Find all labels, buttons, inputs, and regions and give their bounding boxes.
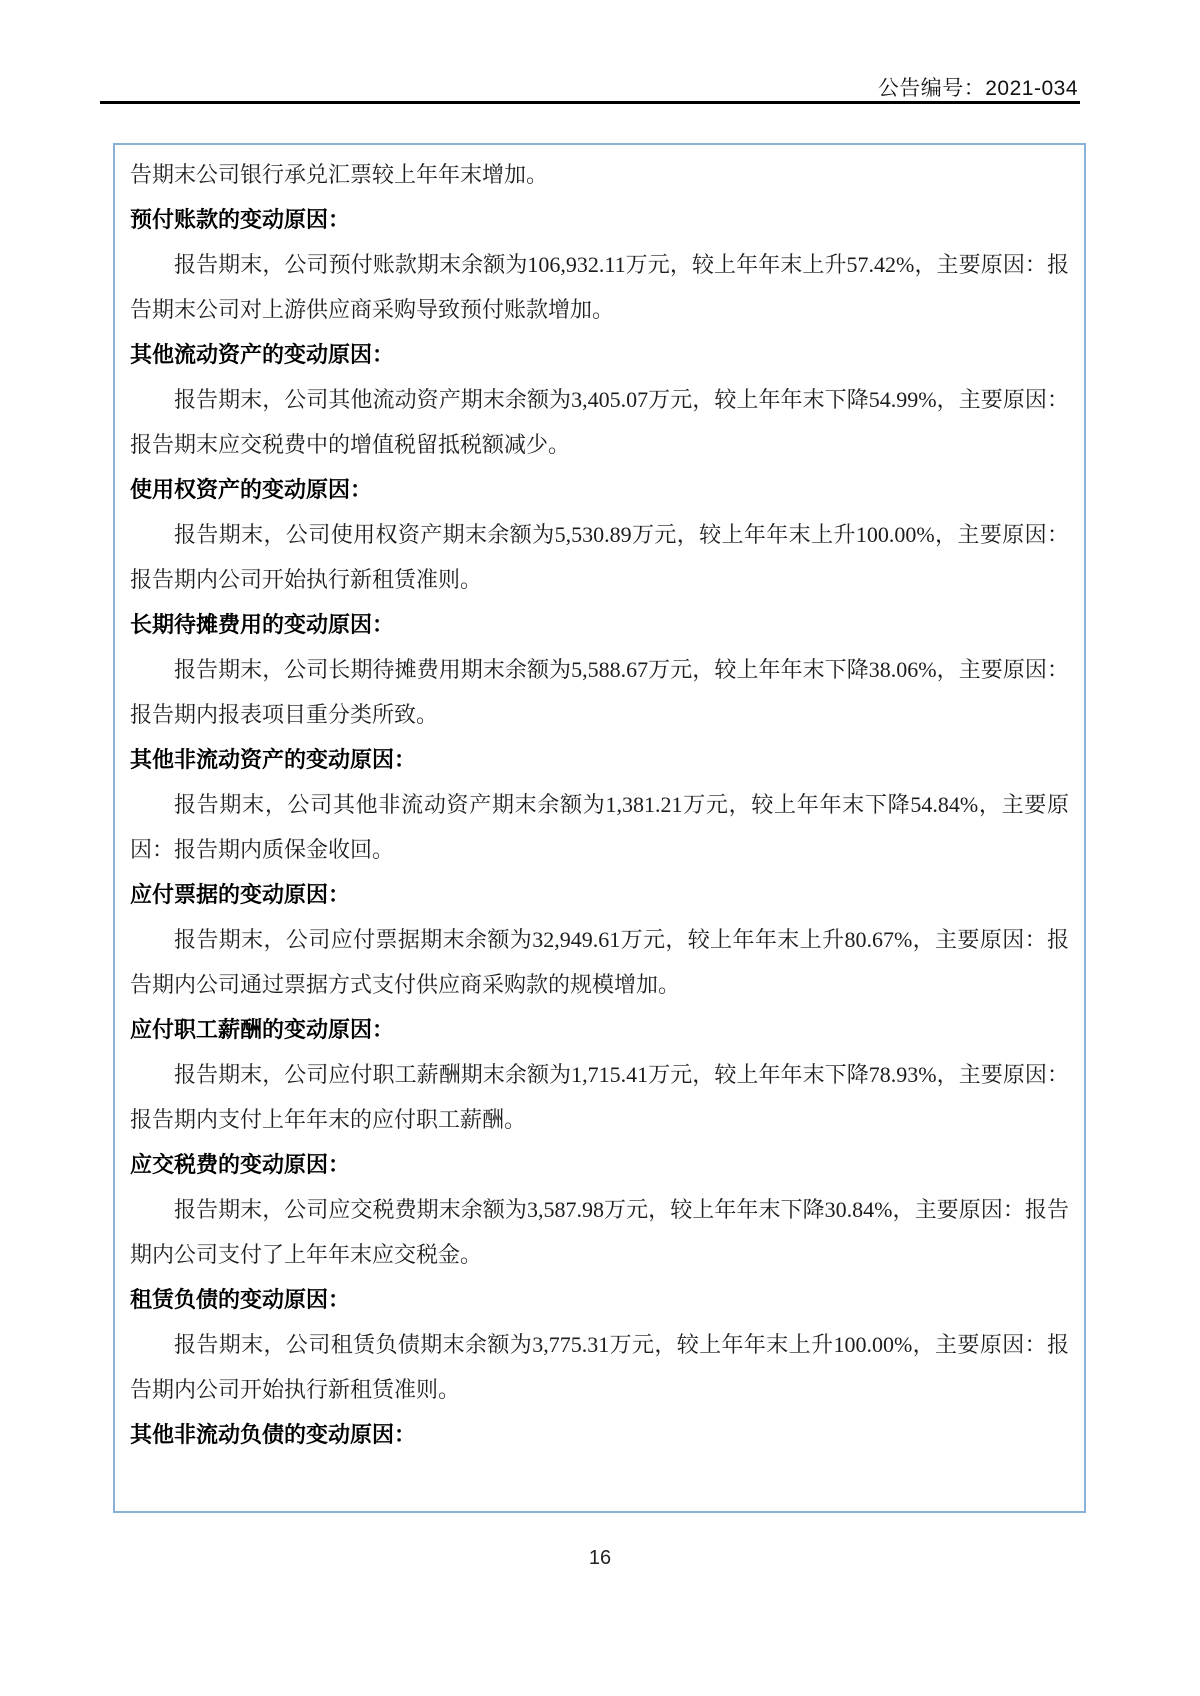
section-other-non-current-assets: 其他非流动资产的变动原因： 报告期末，公司其他非流动资产期末余额为1,381.2… [130,737,1069,872]
section-heading: 预付账款的变动原因： [130,197,1069,242]
section-heading: 长期待摊费用的变动原因： [130,602,1069,647]
page-number: 16 [0,1547,1200,1570]
carryover-text: 告期末公司银行承兑汇票较上年年末增加。 [130,152,1069,197]
section-long-term-deferred-expenses: 长期待摊费用的变动原因： 报告期末，公司长期待摊费用期末余额为5,588.67万… [130,602,1069,737]
section-other-non-current-liabilities: 其他非流动负债的变动原因： [130,1412,1069,1457]
section-heading: 租赁负债的变动原因： [130,1277,1069,1322]
section-body: 报告期末，公司应交税费期末余额为3,587.98万元，较上年年末下降30.84%… [130,1187,1069,1277]
section-lease-liabilities: 租赁负债的变动原因： 报告期末，公司租赁负债期末余额为3,775.31万元，较上… [130,1277,1069,1412]
section-body: 报告期末，公司其他流动资产期末余额为3,405.07万元，较上年年末下降54.9… [130,377,1069,467]
section-heading: 应付票据的变动原因： [130,872,1069,917]
section-body: 报告期末，公司使用权资产期末余额为5,530.89万元，较上年年末上升100.0… [130,512,1069,602]
section-body: 报告期末，公司应付职工薪酬期末余额为1,715.41万元，较上年年末下降78.9… [130,1052,1069,1142]
section-body: 报告期末，公司其他非流动资产期末余额为1,381.21万元，较上年年末下降54.… [130,782,1069,872]
section-heading: 其他非流动负债的变动原因： [130,1412,1069,1457]
section-other-current-assets: 其他流动资产的变动原因： 报告期末，公司其他流动资产期末余额为3,405.07万… [130,332,1069,467]
section-prepayments: 预付账款的变动原因： 报告期末，公司预付账款期末余额为106,932.11万元，… [130,197,1069,332]
section-notes-payable: 应付票据的变动原因： 报告期末，公司应付票据期末余额为32,949.61万元，较… [130,872,1069,1007]
header-rule [100,101,1080,104]
section-employee-compensation-payable: 应付职工薪酬的变动原因： 报告期末，公司应付职工薪酬期末余额为1,715.41万… [130,1007,1069,1142]
section-taxes-payable: 应交税费的变动原因： 报告期末，公司应交税费期末余额为3,587.98万元，较上… [130,1142,1069,1277]
section-heading: 使用权资产的变动原因： [130,467,1069,512]
section-body: 报告期末，公司应付票据期末余额为32,949.61万元，较上年年末上升80.67… [130,917,1069,1007]
section-heading: 应交税费的变动原因： [130,1142,1069,1187]
section-heading: 应付职工薪酬的变动原因： [130,1007,1069,1052]
section-body: 报告期末，公司租赁负债期末余额为3,775.31万元，较上年年末上升100.00… [130,1322,1069,1412]
section-heading: 其他非流动资产的变动原因： [130,737,1069,782]
content-box: 告期末公司银行承兑汇票较上年年末增加。 预付账款的变动原因： 报告期末，公司预付… [113,143,1086,1513]
section-heading: 其他流动资产的变动原因： [130,332,1069,377]
section-right-of-use-assets: 使用权资产的变动原因： 报告期末，公司使用权资产期末余额为5,530.89万元，… [130,467,1069,602]
document-page: 公告编号：2021-034 告期末公司银行承兑汇票较上年年末增加。 预付账款的变… [0,0,1200,1696]
doc-number: 公告编号：2021-034 [878,72,1078,102]
section-body: 报告期末，公司长期待摊费用期末余额为5,588.67万元，较上年年末下降38.0… [130,647,1069,737]
section-body: 报告期末，公司预付账款期末余额为106,932.11万元，较上年年末上升57.4… [130,242,1069,332]
